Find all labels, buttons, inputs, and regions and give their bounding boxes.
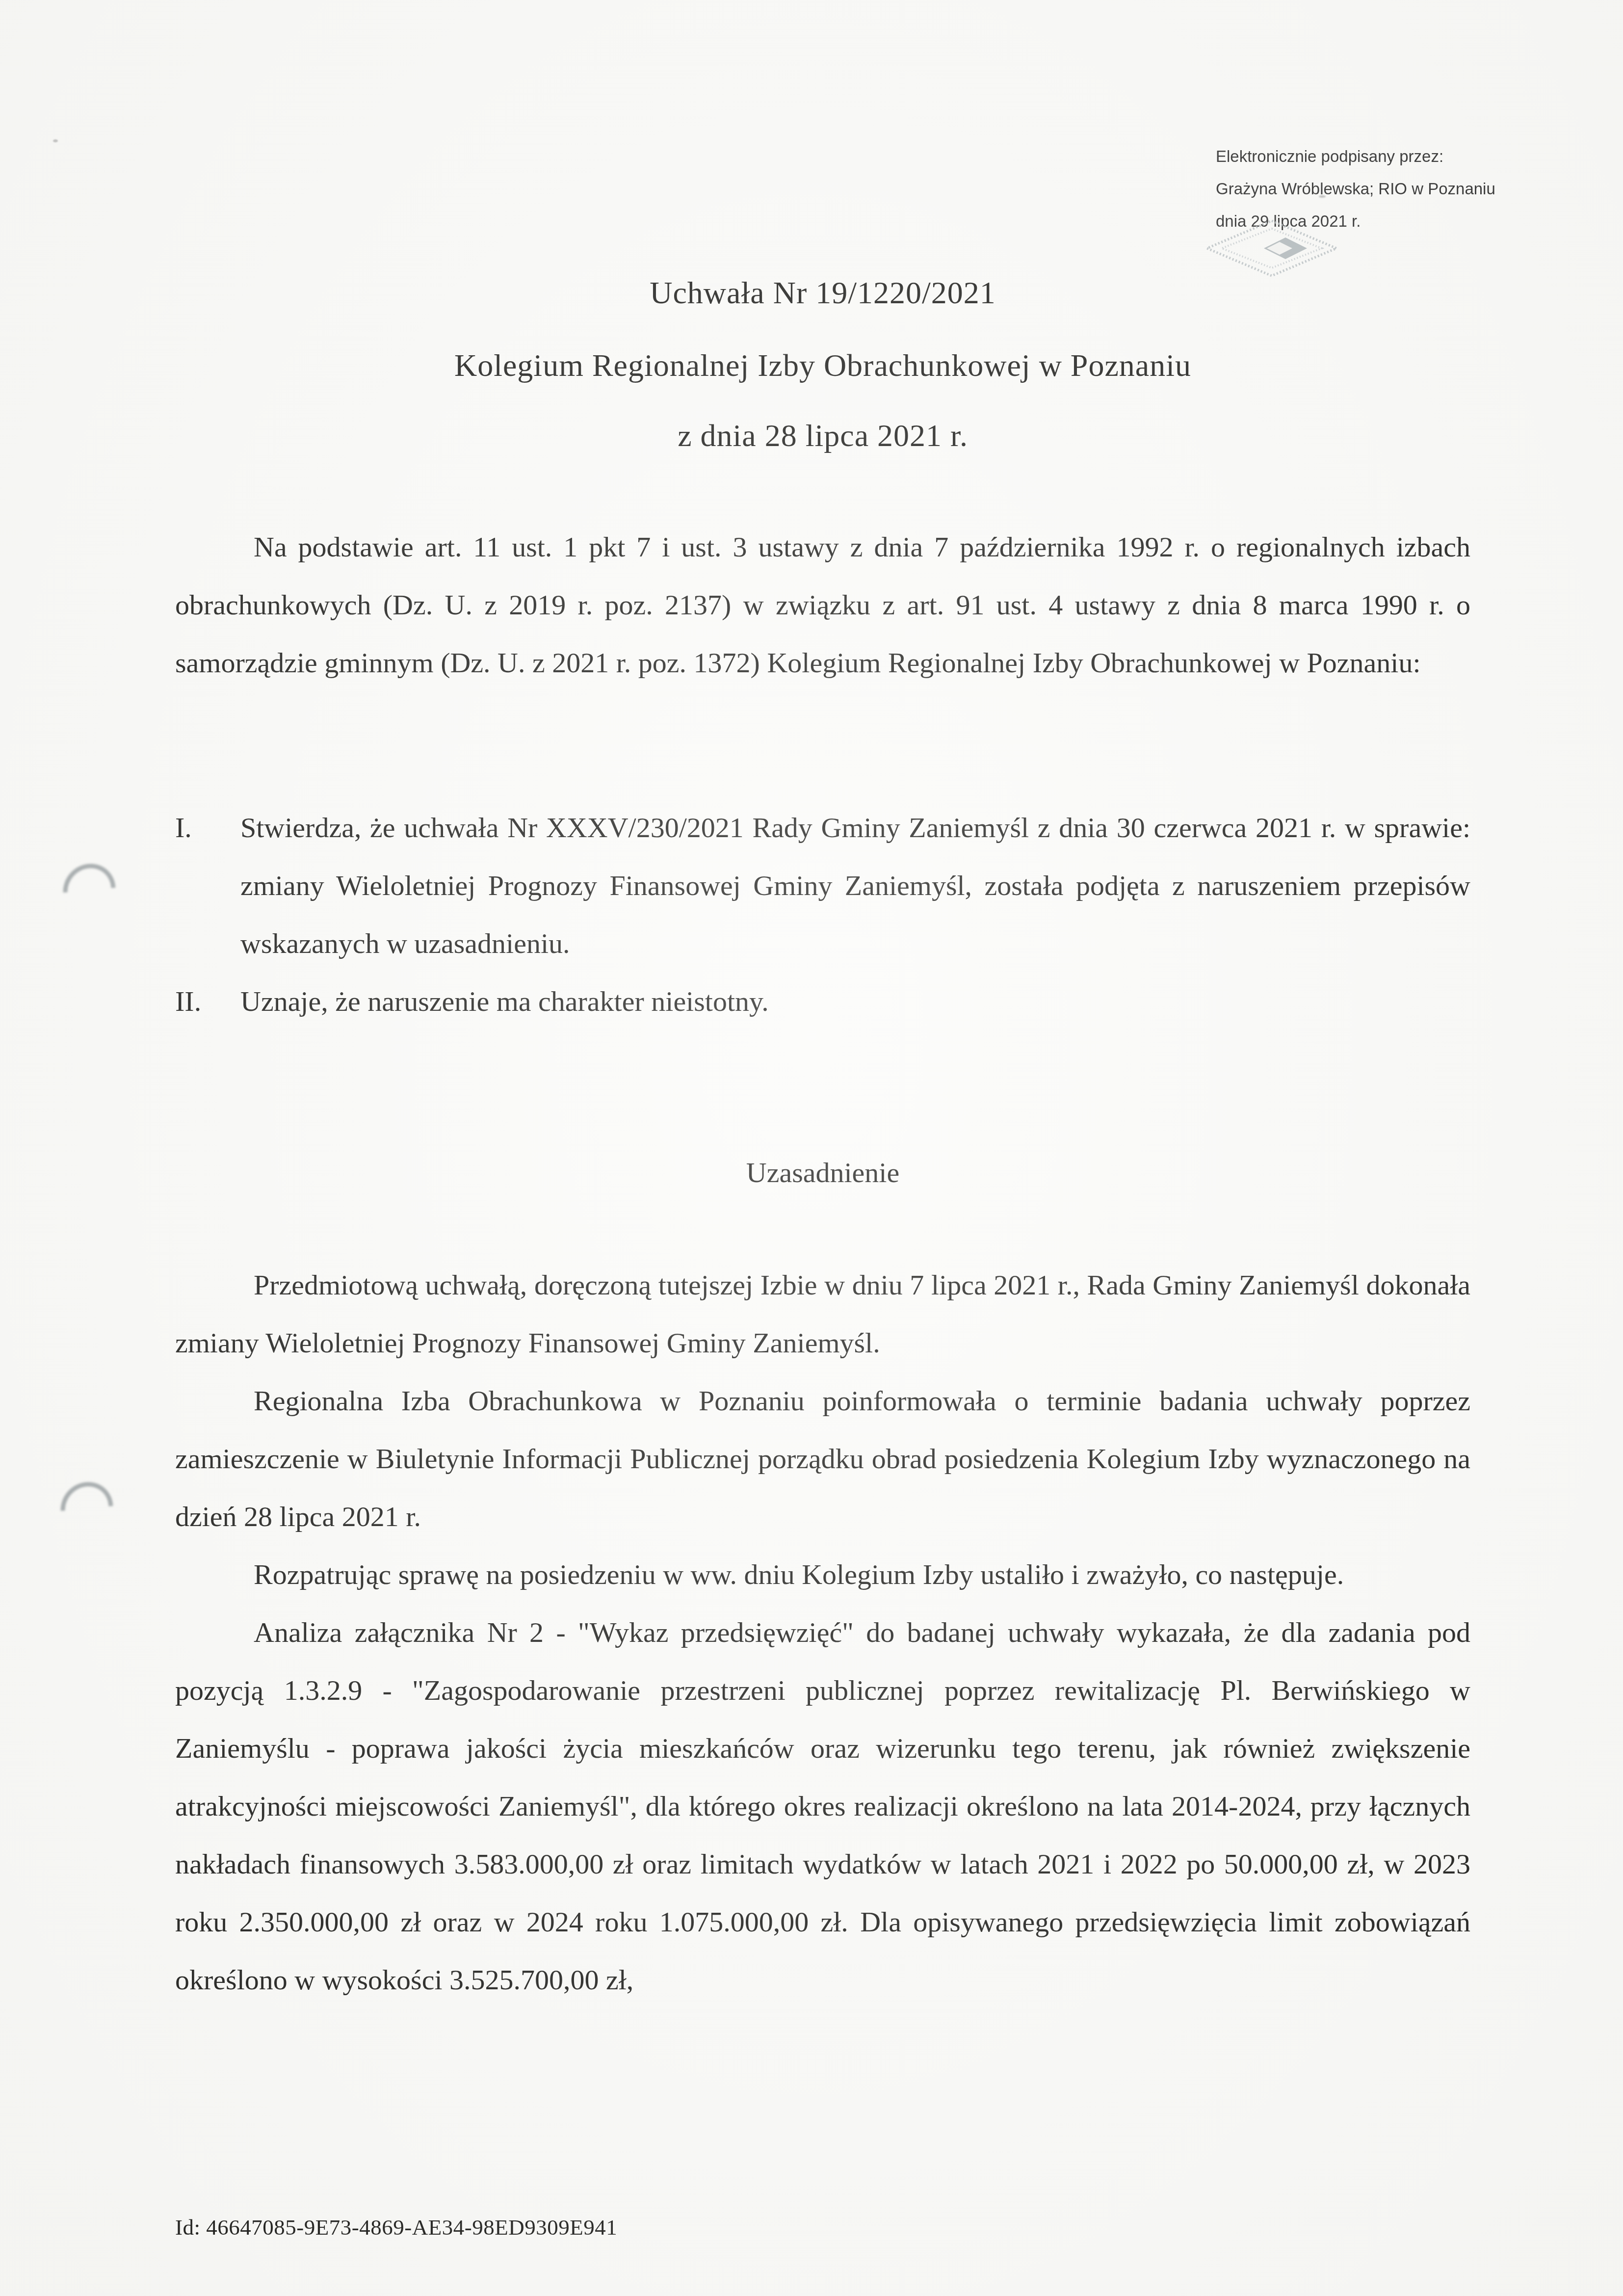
preamble-paragraph: Na podstawie art. 11 ust. 1 pkt 7 i ust.… (175, 518, 1470, 692)
scan-arc-artifact-icon (52, 853, 127, 927)
justification-heading: Uzasadnienie (175, 1156, 1470, 1189)
signature-stamp-icon (1203, 219, 1340, 278)
signature-line-signer: Grażyna Wróblewska; RIO w Poznaniu (1216, 173, 1495, 205)
resolution-item-numeral: II. (175, 973, 240, 1030)
resolution-number-title: Uchwała Nr 19/1220/2021 (175, 275, 1470, 311)
resolution-item-text: Uznaje, że naruszenie ma charakter nieis… (240, 973, 1470, 1030)
document-id: Id: 46647085-9E73-4869-AE34-98ED9309E941 (175, 2215, 617, 2240)
document-page: Elektronicznie podpisany przez: Grażyna … (0, 0, 1623, 2296)
issuing-body-title: Kolegium Regionalnej Izby Obrachunkowej … (175, 347, 1470, 384)
signature-line-signed-by: Elektronicznie podpisany przez: (1216, 140, 1495, 173)
justification-body: Przedmiotową uchwałą, doręczoną tutejsze… (175, 1256, 1470, 2009)
resolutions-list: I. Stwierdza, że uchwała Nr XXXV/230/202… (175, 799, 1470, 1030)
scan-arc-artifact-icon (50, 1471, 124, 1545)
body-paragraph: Przedmiotową uchwałą, doręczoną tutejsze… (175, 1256, 1470, 1372)
body-paragraph: Regionalna Izba Obrachunkowa w Poznaniu … (175, 1372, 1470, 1546)
scan-speck (53, 139, 58, 142)
body-paragraph: Analiza załącznika Nr 2 - "Wykaz przedsi… (175, 1604, 1470, 2009)
resolution-date-title: z dnia 28 lipca 2021 r. (175, 418, 1470, 454)
scan-speck (1319, 195, 1326, 198)
body-paragraph: Rozpatrując sprawę na posiedzeniu w ww. … (175, 1546, 1470, 1604)
resolution-item-numeral: I. (175, 799, 240, 973)
resolution-item-text: Stwierdza, że uchwała Nr XXXV/230/2021 R… (240, 799, 1470, 973)
resolution-item: I. Stwierdza, że uchwała Nr XXXV/230/202… (175, 799, 1470, 973)
resolution-item: II. Uznaje, że naruszenie ma charakter n… (175, 973, 1470, 1030)
